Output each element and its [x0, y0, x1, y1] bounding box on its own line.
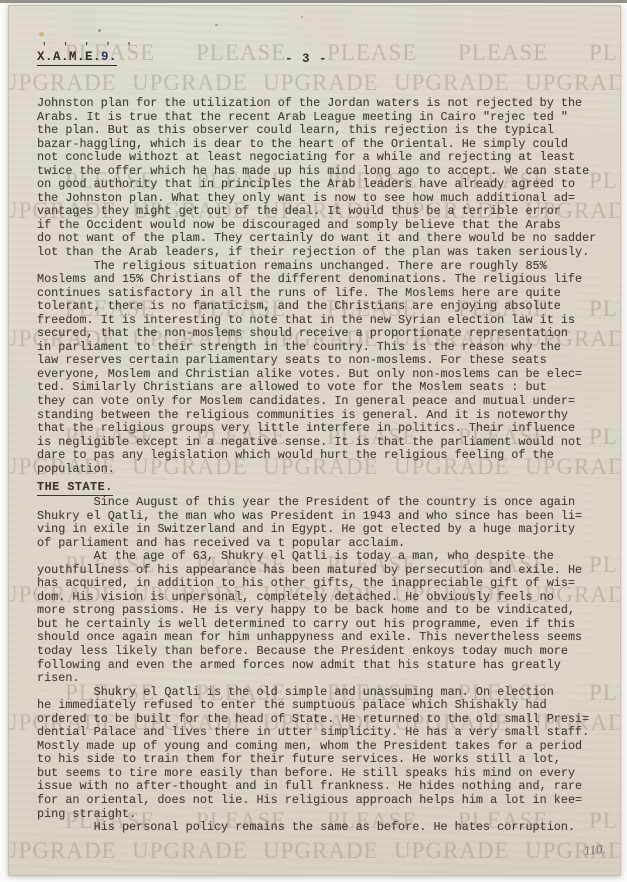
watermark-word: UPGRADE — [394, 70, 510, 96]
paper-speck — [39, 32, 44, 37]
scan-edge — [0, 0, 627, 3]
body-text-part2: Since August of this year the President … — [37, 496, 589, 835]
watermark-word: PLEASE — [458, 40, 548, 66]
watermark-word: PLEASE — [589, 808, 620, 834]
watermark-word: PLEASE — [327, 40, 417, 66]
watermark-word: PLEASE — [196, 40, 286, 66]
watermark-word: UPGRADE — [394, 838, 510, 864]
paper-speck — [301, 16, 303, 18]
paper-speck — [215, 24, 218, 26]
watermark-word: PLEASE — [589, 552, 620, 578]
paper-speck — [98, 29, 101, 32]
watermark-word: PLEASE — [589, 680, 620, 706]
reference-number: 9. — [101, 50, 117, 64]
watermark-word: PLEASE — [589, 40, 620, 66]
watermark-word: UPGRADE — [132, 70, 248, 96]
watermark-word: UPGRADE — [263, 838, 379, 864]
handwritten-page-number: 110. — [583, 841, 606, 859]
document-reference: X.A.M.E.9. — [37, 50, 117, 66]
body-text-part1: Johnston plan for the utilization of the… — [37, 97, 596, 476]
watermark-word: UPGRADE — [263, 70, 379, 96]
watermark-word: UPGRADE — [525, 70, 620, 96]
watermark-word: UPGRADE — [9, 70, 117, 96]
watermark-word: UPGRADE — [132, 838, 248, 864]
watermark-word: UPGRADE — [9, 838, 117, 864]
section-heading: THE STATE. — [37, 480, 113, 496]
page-number: - 3 - — [285, 52, 328, 66]
reference-code: X.A.M.E. — [37, 50, 101, 64]
paper: PLEASEPLEASEPLEASEPLEASEPLEASEUPGRADEUPG… — [8, 5, 621, 876]
